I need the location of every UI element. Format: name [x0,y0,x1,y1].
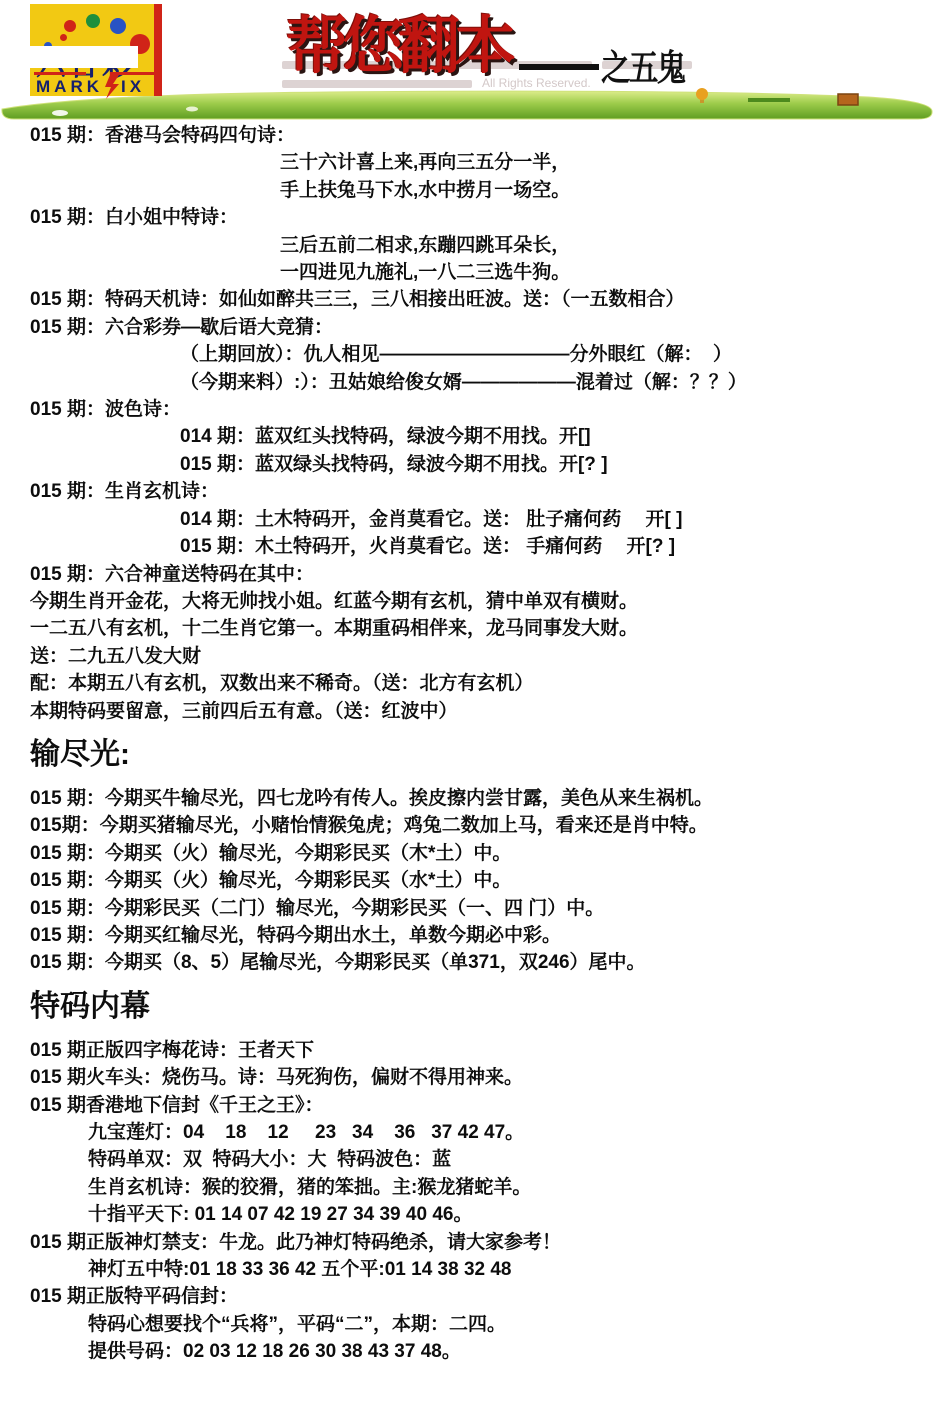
text-line: 今期生肖开金花，大将无帅找小姐。红蓝今期有玄机，猜中单双有横财。 [30,588,910,615]
text-line: 015 期：今期彩民买（二门）输尽光，今期彩民买（一、四 门）中。 [30,895,910,922]
grass-pebble [186,107,198,112]
content-area: 015 期：香港马会特码四句诗：三十六计喜上来,再向三五分一半，手上扶兔马下水,… [0,120,910,1366]
text-line: 015 期：今期买（火）输尽光，今期彩民买（水*土）中。 [30,867,910,894]
section-heading: 特码内幕 [30,989,910,1025]
text-line: 九宝莲灯：04 18 12 23 34 36 37 42 47。 [30,1119,910,1146]
logo-red-strip [154,4,162,96]
text-line: （上期回放）：仇人相见——————————分外眼红（解： ） [30,341,910,368]
page-header: All Rights Reserved. 帮您翻本 之五鬼 六合彩 MARK I… [0,0,934,120]
logo-ix-text: IX [121,77,145,97]
lightning-bolt-icon [105,75,120,99]
text-line: 015 期：白小姐中特诗： [30,204,910,231]
text-line: 手上扶兔马下水,水中捞月一场空。 [30,177,910,204]
text-line: 015 期火车头：烧伤马。诗：马死狗伤，偏财不得用神来。 [30,1064,910,1091]
logo-dot-green [86,14,100,28]
logo-mark-text: MARK [36,77,103,97]
text-line: （今期来料）:）：丑姑娘给俊女婿——————混着过（解：？？） [30,369,910,396]
text-line: 本期特码要留意，三前四后五有意。（送：红波中） [30,698,910,725]
grass-hedge [748,98,790,102]
grass-pebble [52,110,68,116]
text-line: 神灯五中特:01 18 33 36 42 五个平:01 14 38 32 48 [30,1256,910,1283]
text-line: 015 期：今期买（8、5）尾输尽光，今期彩民买（单371，双246）尾中。 [30,949,910,976]
text-line: 配：本期五八有玄机，双数出来不稀奇。（送：北方有玄机） [30,670,910,697]
text-line: 015 期：今期买红输尽光，特码今期出水土，单数今期必中彩。 [30,922,910,949]
marksix-logo: 六合彩 MARK IX [30,4,162,96]
text-line: 015 期正版特平码信封： [30,1283,910,1310]
text-line: 015 期正版神灯禁支：牛龙。此乃神灯特码绝杀，请大家参考！ [30,1229,910,1256]
text-line: 015期：今期买猪输尽光，小赌怡情猴兔虎；鸡兔二数加上马，看来还是肖中特。 [30,812,910,839]
lottery-tip-sheet-page: All Rights Reserved. 帮您翻本 之五鬼 六合彩 MARK I… [0,0,934,1408]
text-line: 014 期：蓝双红头找特码，绿波今期不用找。开[] [30,423,910,450]
text-line: 送：二九五八发大财 [30,643,910,670]
text-line: 015 期：波色诗： [30,396,910,423]
text-line: 十指平天下: 01 14 07 42 19 27 34 39 40 46。 [30,1201,910,1228]
logo-mark-row: MARK IX [36,75,158,99]
title-dash [519,64,599,70]
text-line: 一四进见九施礼,一八二三选牛狗。 [30,259,910,286]
page-title: 帮您翻本 [286,0,510,85]
logo-white-band [20,46,138,68]
text-line: 015 期：蓝双绿头找特码，绿波今期不用找。开[? ] [30,451,910,478]
text-line: 015 期正版四字梅花诗：王者天下 [30,1037,910,1064]
page-subtitle: 之五鬼 [601,40,685,91]
text-line: 015 期：香港马会特码四句诗： [30,122,910,149]
logo-dot-red [64,20,76,32]
text-line: 生肖玄机诗：猴的狡猾，猪的笨拙。主:猴龙猪蛇羊。 [30,1174,910,1201]
text-line: 015 期：生肖玄机诗： [30,478,910,505]
text-line: 特码单双：双 特码大小：大 特码波色：蓝 [30,1146,910,1173]
section-heading: 输尽光: [30,737,910,773]
text-line: 特码心想要找个“兵将”，平码“二”，本期：二四。 [30,1311,910,1338]
text-line: 015 期：今期买（火）输尽光，今期彩民买（木*土）中。 [30,840,910,867]
text-line: 提供号码：02 03 12 18 26 30 38 43 37 48。 [30,1338,910,1365]
text-line: 015 期：木土特码开，火肖莫看它。送： 手痛何药 开[? ] [30,533,910,560]
text-line: 015 期：今期买牛输尽光，四七龙吟有传人。挨皮擦内尝甘露，美色从来生祸机。 [30,785,910,812]
grass-box-icon [838,94,858,105]
text-line: 015 期：六合神童送特码在其中： [30,561,910,588]
text-line: 015 期：特码天机诗：如仙如醉共三三，三八相接出旺波。送：（一五数相合） [30,286,910,313]
text-line: 三后五前二相求,东蹦四跳耳朵长， [30,232,910,259]
text-line: 014 期：土木特码开，金肖莫看它。送： 肚子痛何药 开[ ] [30,506,910,533]
text-line: 015 期香港地下信封《千王之王》： [30,1092,910,1119]
text-line: 三十六计喜上来,再向三五分一半， [30,149,910,176]
text-line: 015 期：六合彩券—歇后语大竞猜： [30,314,910,341]
logo-dot-blue [110,18,126,34]
text-line: 一二五八有玄机，十二生肖它第一。本期重码相伴来，龙马同事发大财。 [30,615,910,642]
